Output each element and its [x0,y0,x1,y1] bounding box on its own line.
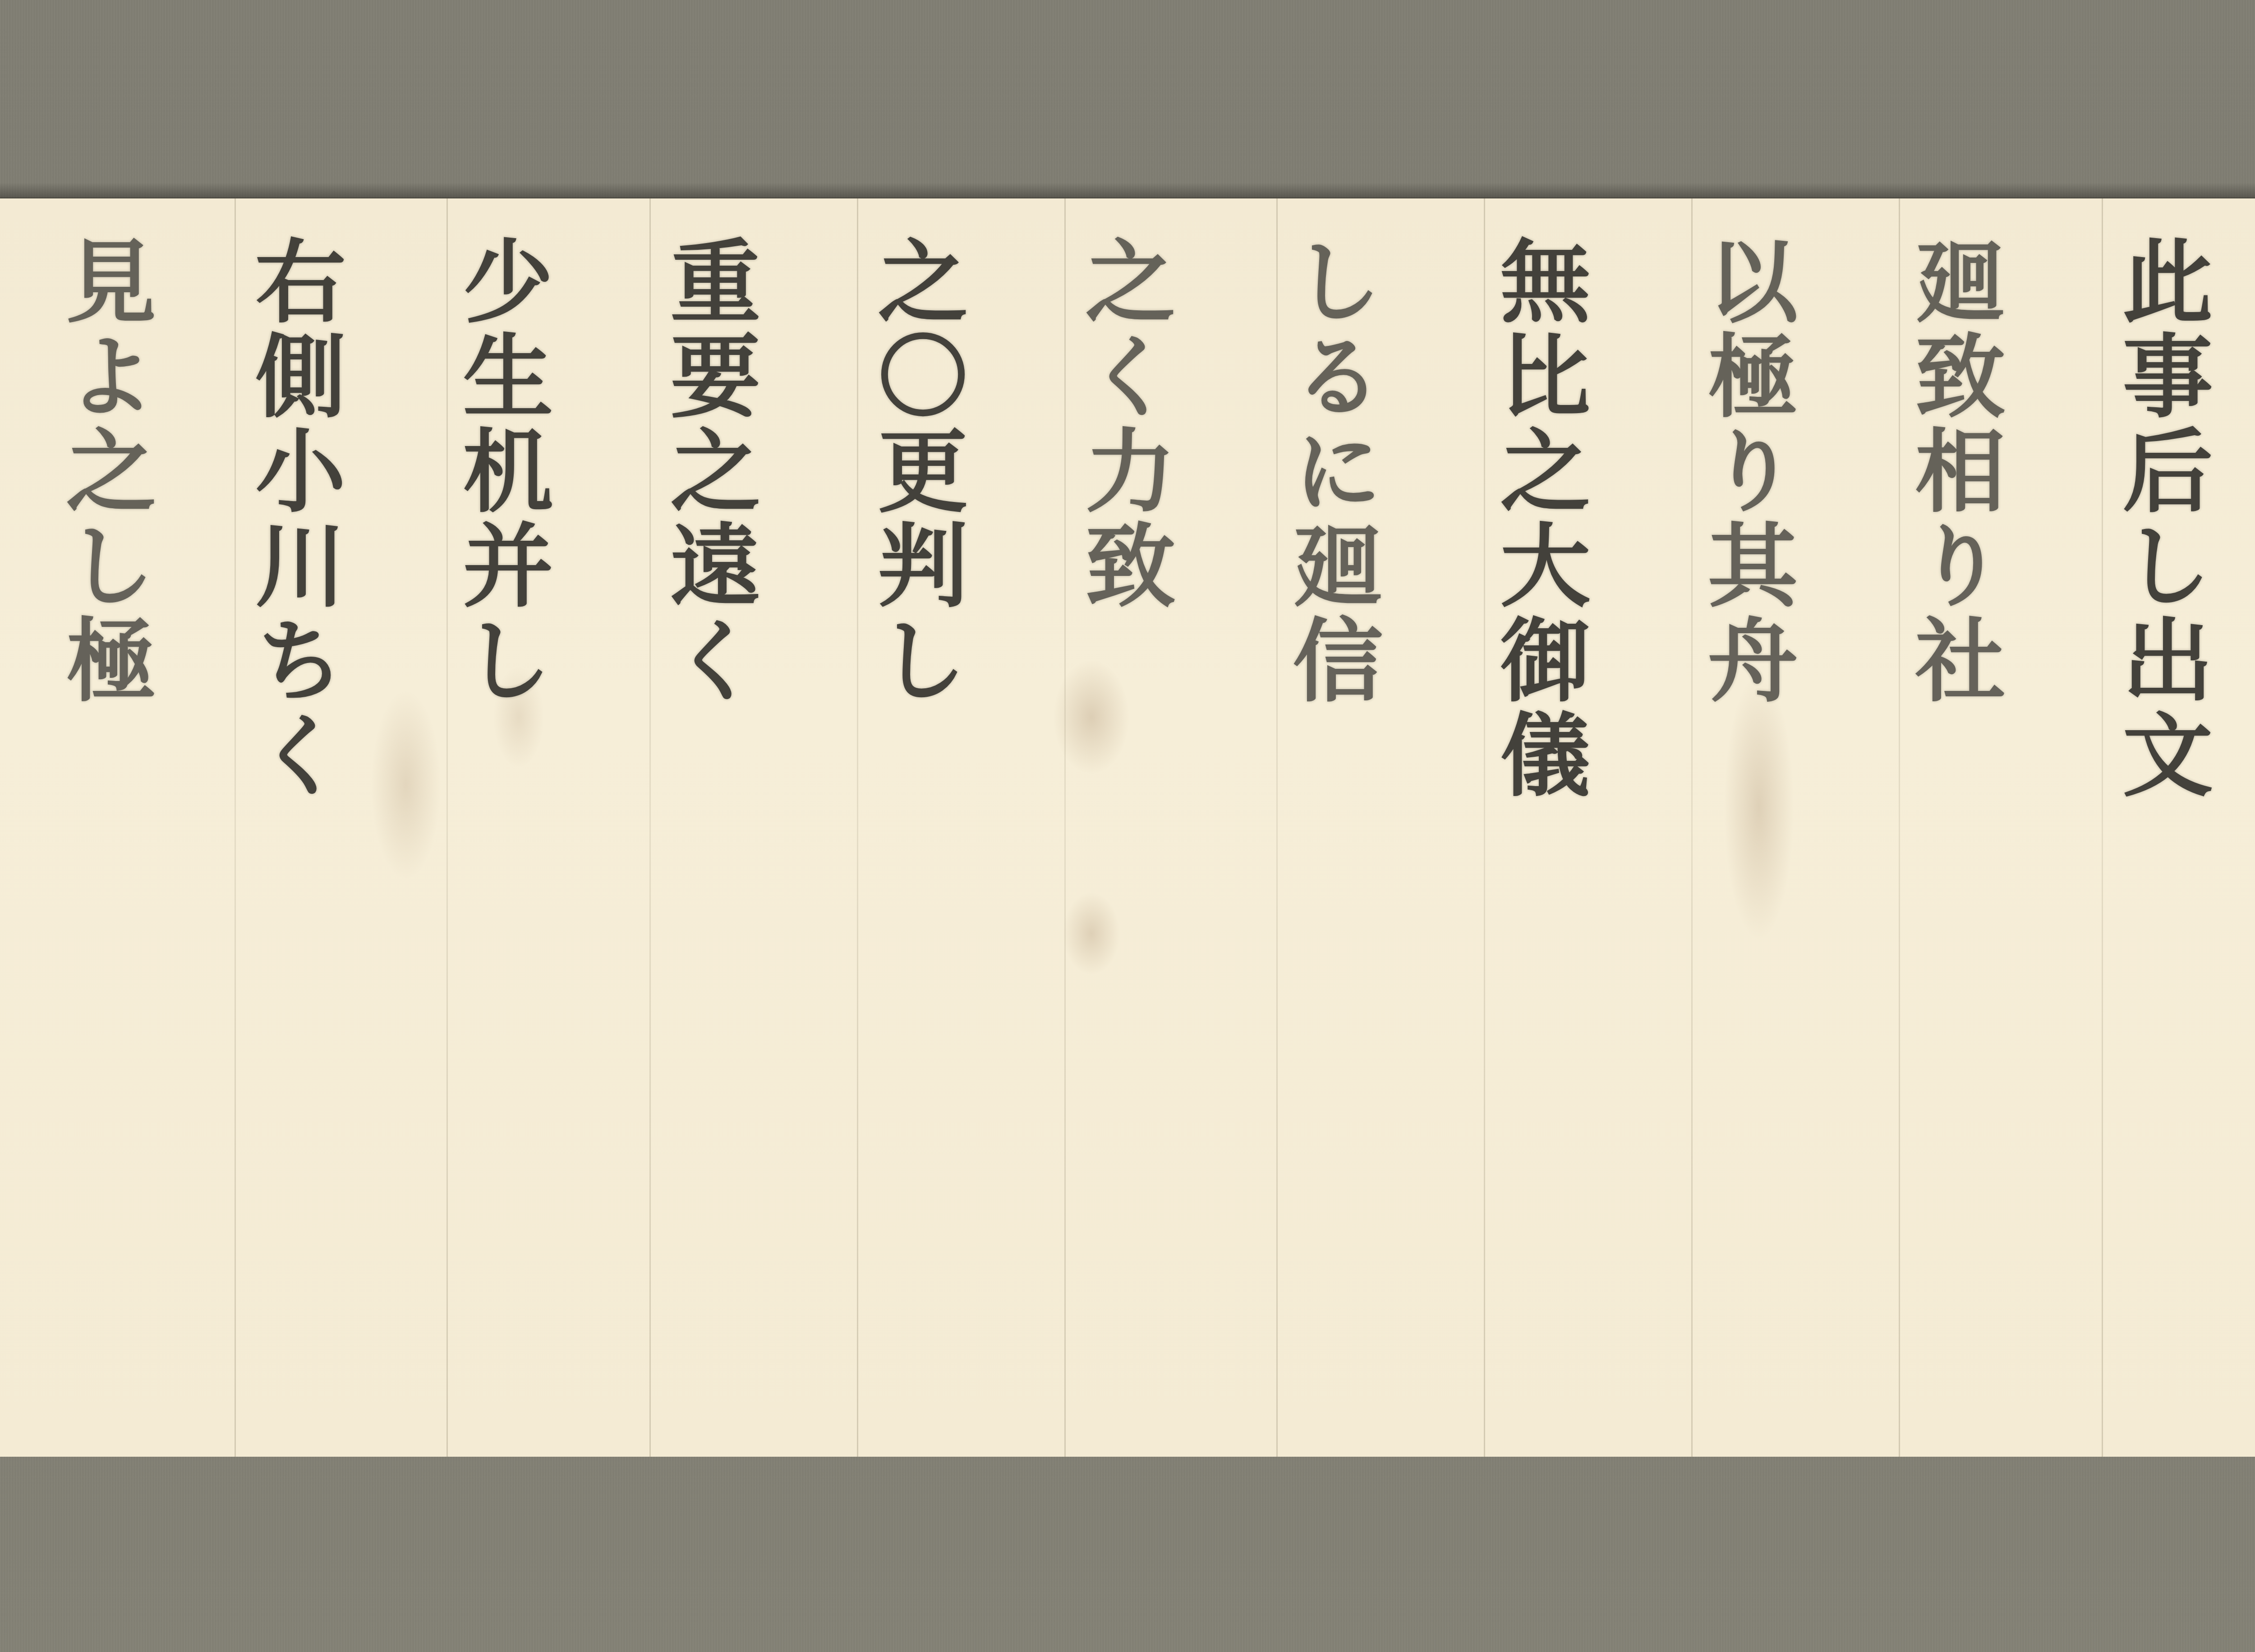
text-column-16: 見よ之し極 [36,235,171,1416]
text-column-12: 之〇更判し [848,235,983,1416]
text-column-7: 廻致相り社 [1885,235,2020,1416]
text-column-14: 少生机并し [433,235,568,1416]
text-column-8: 以極り其舟 [1678,235,1813,1416]
text-column-6: 此事后し出文 [2093,235,2228,1416]
text-column-15: 右側小川ちく [225,235,361,1416]
text-column-9: 無比之大御儀 [1470,235,1606,1416]
text-column-13: 重要之遠く [640,235,776,1416]
text-column-11: 之く力致 [1055,235,1191,1416]
text-column-10: しるに廻信 [1263,235,1398,1416]
